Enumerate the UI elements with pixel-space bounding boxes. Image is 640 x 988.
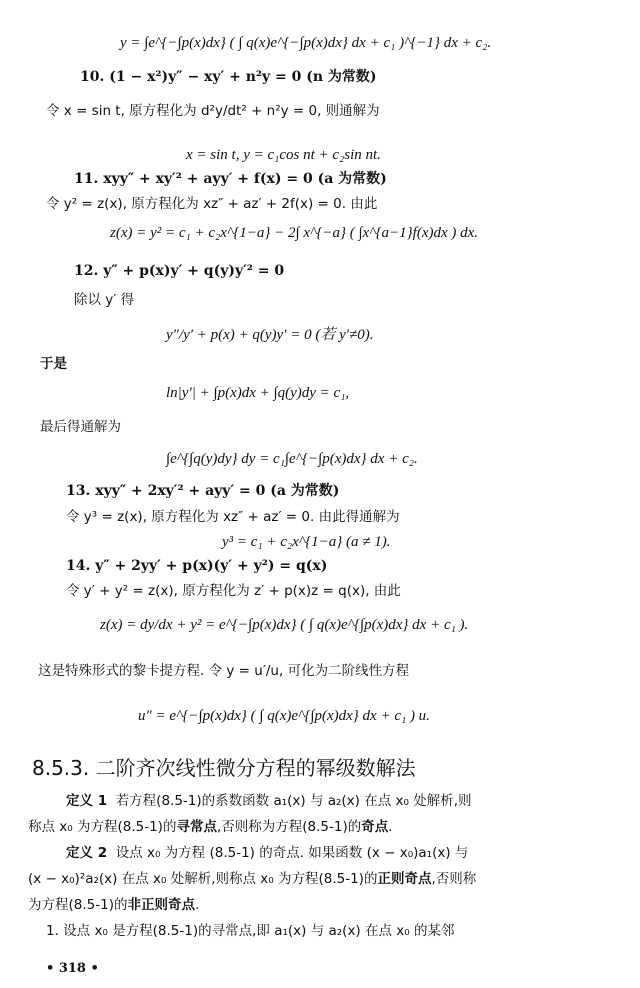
definition-label: 定义 2: [66, 845, 107, 861]
text-line: 令 x = sin t, 原方程化为 d²y/dt² + n²y = 0, 则通…: [46, 102, 380, 120]
definition-2-cont: (x − x₀)²a₂(x) 在点 x₀ 处解析,则称点 x₀ 为方程(8.5-…: [28, 870, 476, 888]
formula-line: x = sin t, y = c₁cos nt + c₂sin nt.: [186, 146, 381, 164]
section-heading: 8.5.3. 二阶齐次线性微分方程的幂级数解法: [32, 756, 416, 780]
formula-line: z(x) = dy/dx + y² = e^{−∫p(x)dx} ( ∫ q(x…: [100, 616, 468, 634]
formula-line: ∫e^{∫q(y)dy} dy = c₁∫e^{−∫p(x)dx} dx + c…: [166, 450, 418, 468]
paragraph-1: 1. 设点 x₀ 是方程(8.5-1)的寻常点,即 a₁(x) 与 a₂(x) …: [46, 922, 454, 940]
text: 为方程(8.5-1)的: [28, 897, 127, 913]
term-ordinary-point: 寻常点: [176, 819, 217, 835]
formula-line: y³ = c₁ + c₂x^{1−a} (a ≠ 1).: [222, 533, 390, 551]
text-line: 于是: [40, 355, 67, 373]
text: .: [388, 819, 392, 835]
text-line: 令 y³ = z(x), 原方程化为 xz″ + az′ = 0. 由此得通解为: [66, 508, 400, 526]
problem-13: 13. xyy″ + 2xy′² + ayy′ = 0 (a 为常数): [66, 482, 339, 500]
term-regular-singular-point: 正则奇点: [377, 871, 431, 887]
formula-line: y″/y′ + p(x) + q(y)y′ = 0 (若 y′≠0).: [166, 326, 374, 344]
text: 称点 x₀ 为方程(8.5-1)的: [28, 819, 176, 835]
text: (x − x₀)²a₂(x) 在点 x₀ 处解析,则称点 x₀ 为方程(8.5-…: [28, 871, 377, 887]
text-line: 这是特殊形式的黎卡提方程. 令 y = u′/u, 可化为二阶线性方程: [38, 662, 409, 680]
definition-2-end: 为方程(8.5-1)的非正则奇点.: [28, 896, 199, 914]
term-irregular-singular-point: 非正则奇点: [127, 897, 195, 913]
definition-1-cont: 称点 x₀ 为方程(8.5-1)的寻常点,否则称为方程(8.5-1)的奇点.: [28, 818, 393, 836]
definition-label: 定义 1: [66, 793, 107, 809]
problem-10: 10. (1 − x²)y″ − xy′ + n²y = 0 (n 为常数): [80, 68, 377, 86]
text-line: 除以 y′ 得: [74, 291, 134, 309]
definition-1: 定义 1 若方程(8.5-1)的系数函数 a₁(x) 与 a₂(x) 在点 x₀…: [66, 792, 472, 810]
page-number: • 318 •: [46, 960, 99, 978]
problem-12: 12. y″ + p(x)y′ + q(y)y′² = 0: [74, 262, 284, 280]
text: ,否则称为方程(8.5-1)的: [217, 819, 361, 835]
term-singular-point: 奇点: [361, 819, 388, 835]
definition-text: 设点 x₀ 为方程 (8.5-1) 的奇点. 如果函数 (x − x₀)a₁(x…: [116, 845, 469, 861]
text-line: 最后得通解为: [40, 418, 121, 436]
formula-line: u″ = e^{−∫p(x)dx} ( ∫ q(x)e^{∫p(x)dx} dx…: [138, 707, 430, 725]
text-line: 令 y² = z(x), 原方程化为 xz″ + az′ + 2f(x) = 0…: [46, 195, 377, 213]
formula-line: z(x) = y² = c₁ + c₂x^{1−a} − 2∫ x^{−a} (…: [110, 224, 478, 242]
problem-11: 11. xyy″ + xy′² + ayy′ + f(x) = 0 (a 为常数…: [74, 170, 387, 188]
text: .: [195, 897, 199, 913]
definition-text: 若方程(8.5-1)的系数函数 a₁(x) 与 a₂(x) 在点 x₀ 处解析,…: [116, 793, 472, 809]
formula-line: ln|y′| + ∫p(x)dx + ∫q(y)dy = c₁,: [166, 384, 349, 402]
definition-2: 定义 2 设点 x₀ 为方程 (8.5-1) 的奇点. 如果函数 (x − x₀…: [66, 844, 468, 862]
formula-line: y = ∫e^{−∫p(x)dx} ( ∫ q(x)e^{−∫p(x)dx} d…: [120, 34, 491, 52]
text: ,否则称: [431, 871, 476, 887]
text-line: 令 y′ + y² = z(x), 原方程化为 z′ + p(x)z = q(x…: [66, 582, 401, 600]
problem-14: 14. y″ + 2yy′ + p(x)(y′ + y²) = q(x): [66, 557, 327, 575]
